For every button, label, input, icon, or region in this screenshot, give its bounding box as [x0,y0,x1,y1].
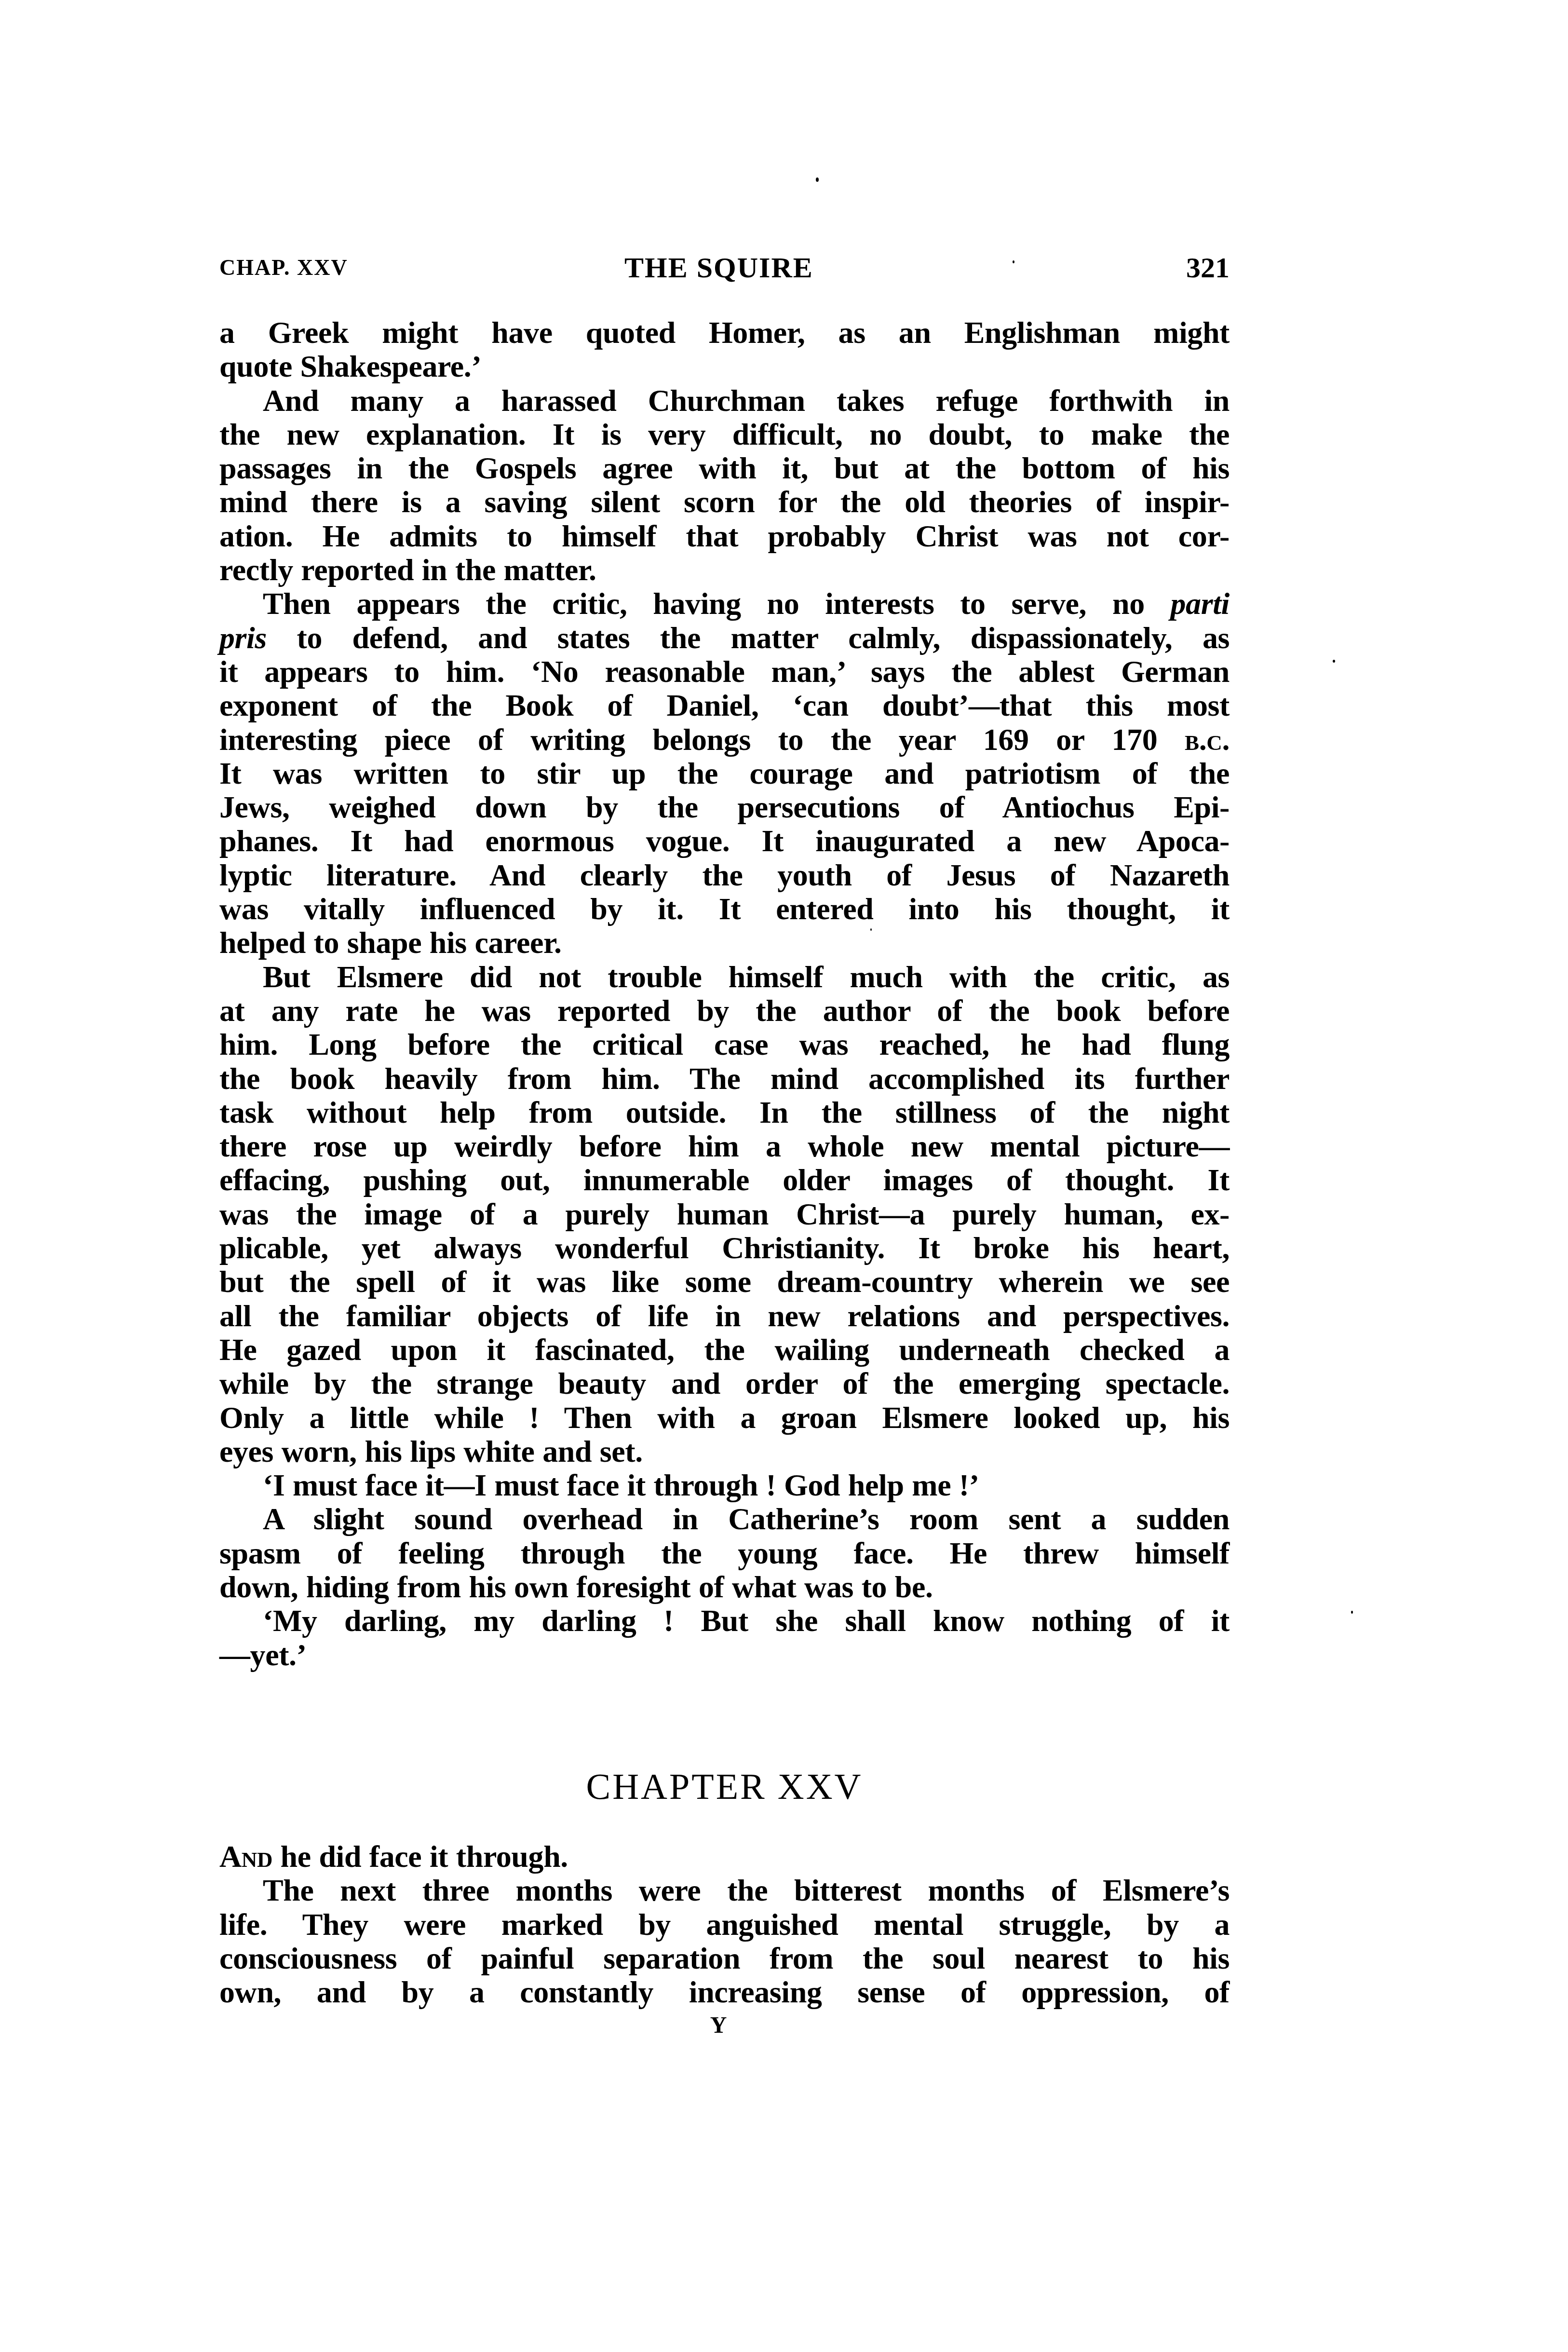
small-caps-abbr: b.c. [1185,722,1230,757]
signature-mark: Y [706,2011,730,2040]
body-text: a Greek might have quoted Homer, as an E… [219,316,1230,1672]
text-line: interesting piece of writing belongs to … [219,723,1230,757]
page-number: 321 [1186,251,1230,285]
text-line: It was written to stir up the courage an… [219,757,1230,790]
text-line: A slight sound overhead in Catherine’s r… [219,1502,1230,1536]
small-caps-opening: And [219,1839,272,1874]
text-line: pris to defend, and states the matter ca… [219,621,1230,655]
text-line: plicable, yet always wonderful Christian… [219,1231,1230,1265]
text-line: there rose up weirdly before him a whole… [219,1129,1230,1163]
text-line: The next three months were the bitterest… [219,1874,1230,1907]
chapter-label: CHAP. XXV [219,251,348,285]
text-line: passages in the Gospels agree with it, b… [219,451,1230,485]
running-head: CHAP. XXV THE SQUIRE 321 [219,251,1230,285]
text-line: eyes worn, his lips white and set. [219,1435,1230,1468]
text-line: And many a harassed Churchman takes refu… [219,384,1230,418]
text-line: him. Long before the critical case was r… [219,1028,1230,1061]
text-segment: Then appears the critic, having no inter… [263,586,1145,621]
text-line: while by the strange beauty and order of… [219,1367,1230,1400]
text-line: was the image of a purely human Christ—a… [219,1197,1230,1231]
text-line: the book heavily from him. The mind acco… [219,1062,1230,1096]
text-line: —yet.’ [219,1638,1230,1672]
text-line: all the familiar objects of life in new … [219,1299,1230,1333]
text-line: consciousness of painful separation from… [219,1942,1230,1975]
text-line: life. They were marked by anguished ment… [219,1908,1230,1942]
italic-phrase: parti [1171,586,1230,621]
text-line: down, hiding from his own foresight of w… [219,1570,1230,1604]
scan-speck [1351,1611,1353,1614]
text-line: ‘I must face it—I must face it through !… [219,1468,1230,1502]
text-line: a Greek might have quoted Homer, as an E… [219,316,1230,350]
text-line: mind there is a saving silent scorn for … [219,485,1230,519]
text-segment: interesting piece of writing belongs to … [219,722,1157,757]
text-segment: to defend, and states the matter calmly,… [297,621,1230,655]
chapter-opening-text: And he did face it through. The next thr… [219,1840,1230,2009]
text-line: exponent of the Book of Daniel, ‘can dou… [219,689,1230,722]
text-line: was vitally influenced by it. It entered… [219,892,1230,926]
chapter-heading: CHAPTER XXV [219,1765,1230,1808]
text-line: quote Shakespeare.’ [219,350,1230,383]
book-title: THE SQUIRE [624,251,813,285]
text-line: But Elsmere did not trouble himself much… [219,960,1230,994]
text-line: effacing, pushing out, innumerable older… [219,1163,1230,1197]
text-line: phanes. It had enormous vogue. It inaugu… [219,824,1230,858]
text-line: it appears to him. ‘No reasonable man,’ … [219,655,1230,689]
scan-speck [1333,660,1335,663]
italic-phrase: pris [219,621,267,655]
text-line: And he did face it through. [219,1840,1230,1874]
text-line: Only a little while ! Then with a groan … [219,1401,1230,1435]
text-line: Jews, weighed down by the persecutions o… [219,790,1230,824]
text-line: own, and by a constantly increasing sens… [219,1975,1230,2009]
text-line: ‘My darling, my darling ! But she shall … [219,1604,1230,1638]
text-line: task without help from outside. In the s… [219,1096,1230,1129]
text-line: Then appears the critic, having no inter… [219,587,1230,621]
text-line: spasm of feeling through the young face.… [219,1536,1230,1570]
text-line: at any rate he was reported by the autho… [219,994,1230,1028]
text-line: ation. He admits to himself that probabl… [219,519,1230,553]
book-page: CHAP. XXV THE SQUIRE 321 a Greek might h… [0,0,1568,2352]
scan-speck [816,177,819,182]
text-line: He gazed upon it fascinated, the wailing… [219,1333,1230,1367]
text-segment: he did face it through. [272,1839,568,1874]
text-line: helped to shape his career. [219,926,1230,960]
text-line: the new explanation. It is very difficul… [219,418,1230,451]
text-line: rectly reported in the matter. [219,553,1230,587]
text-line: lyptic literature. And clearly the youth… [219,858,1230,892]
text-line: but the spell of it was like some dream-… [219,1265,1230,1299]
